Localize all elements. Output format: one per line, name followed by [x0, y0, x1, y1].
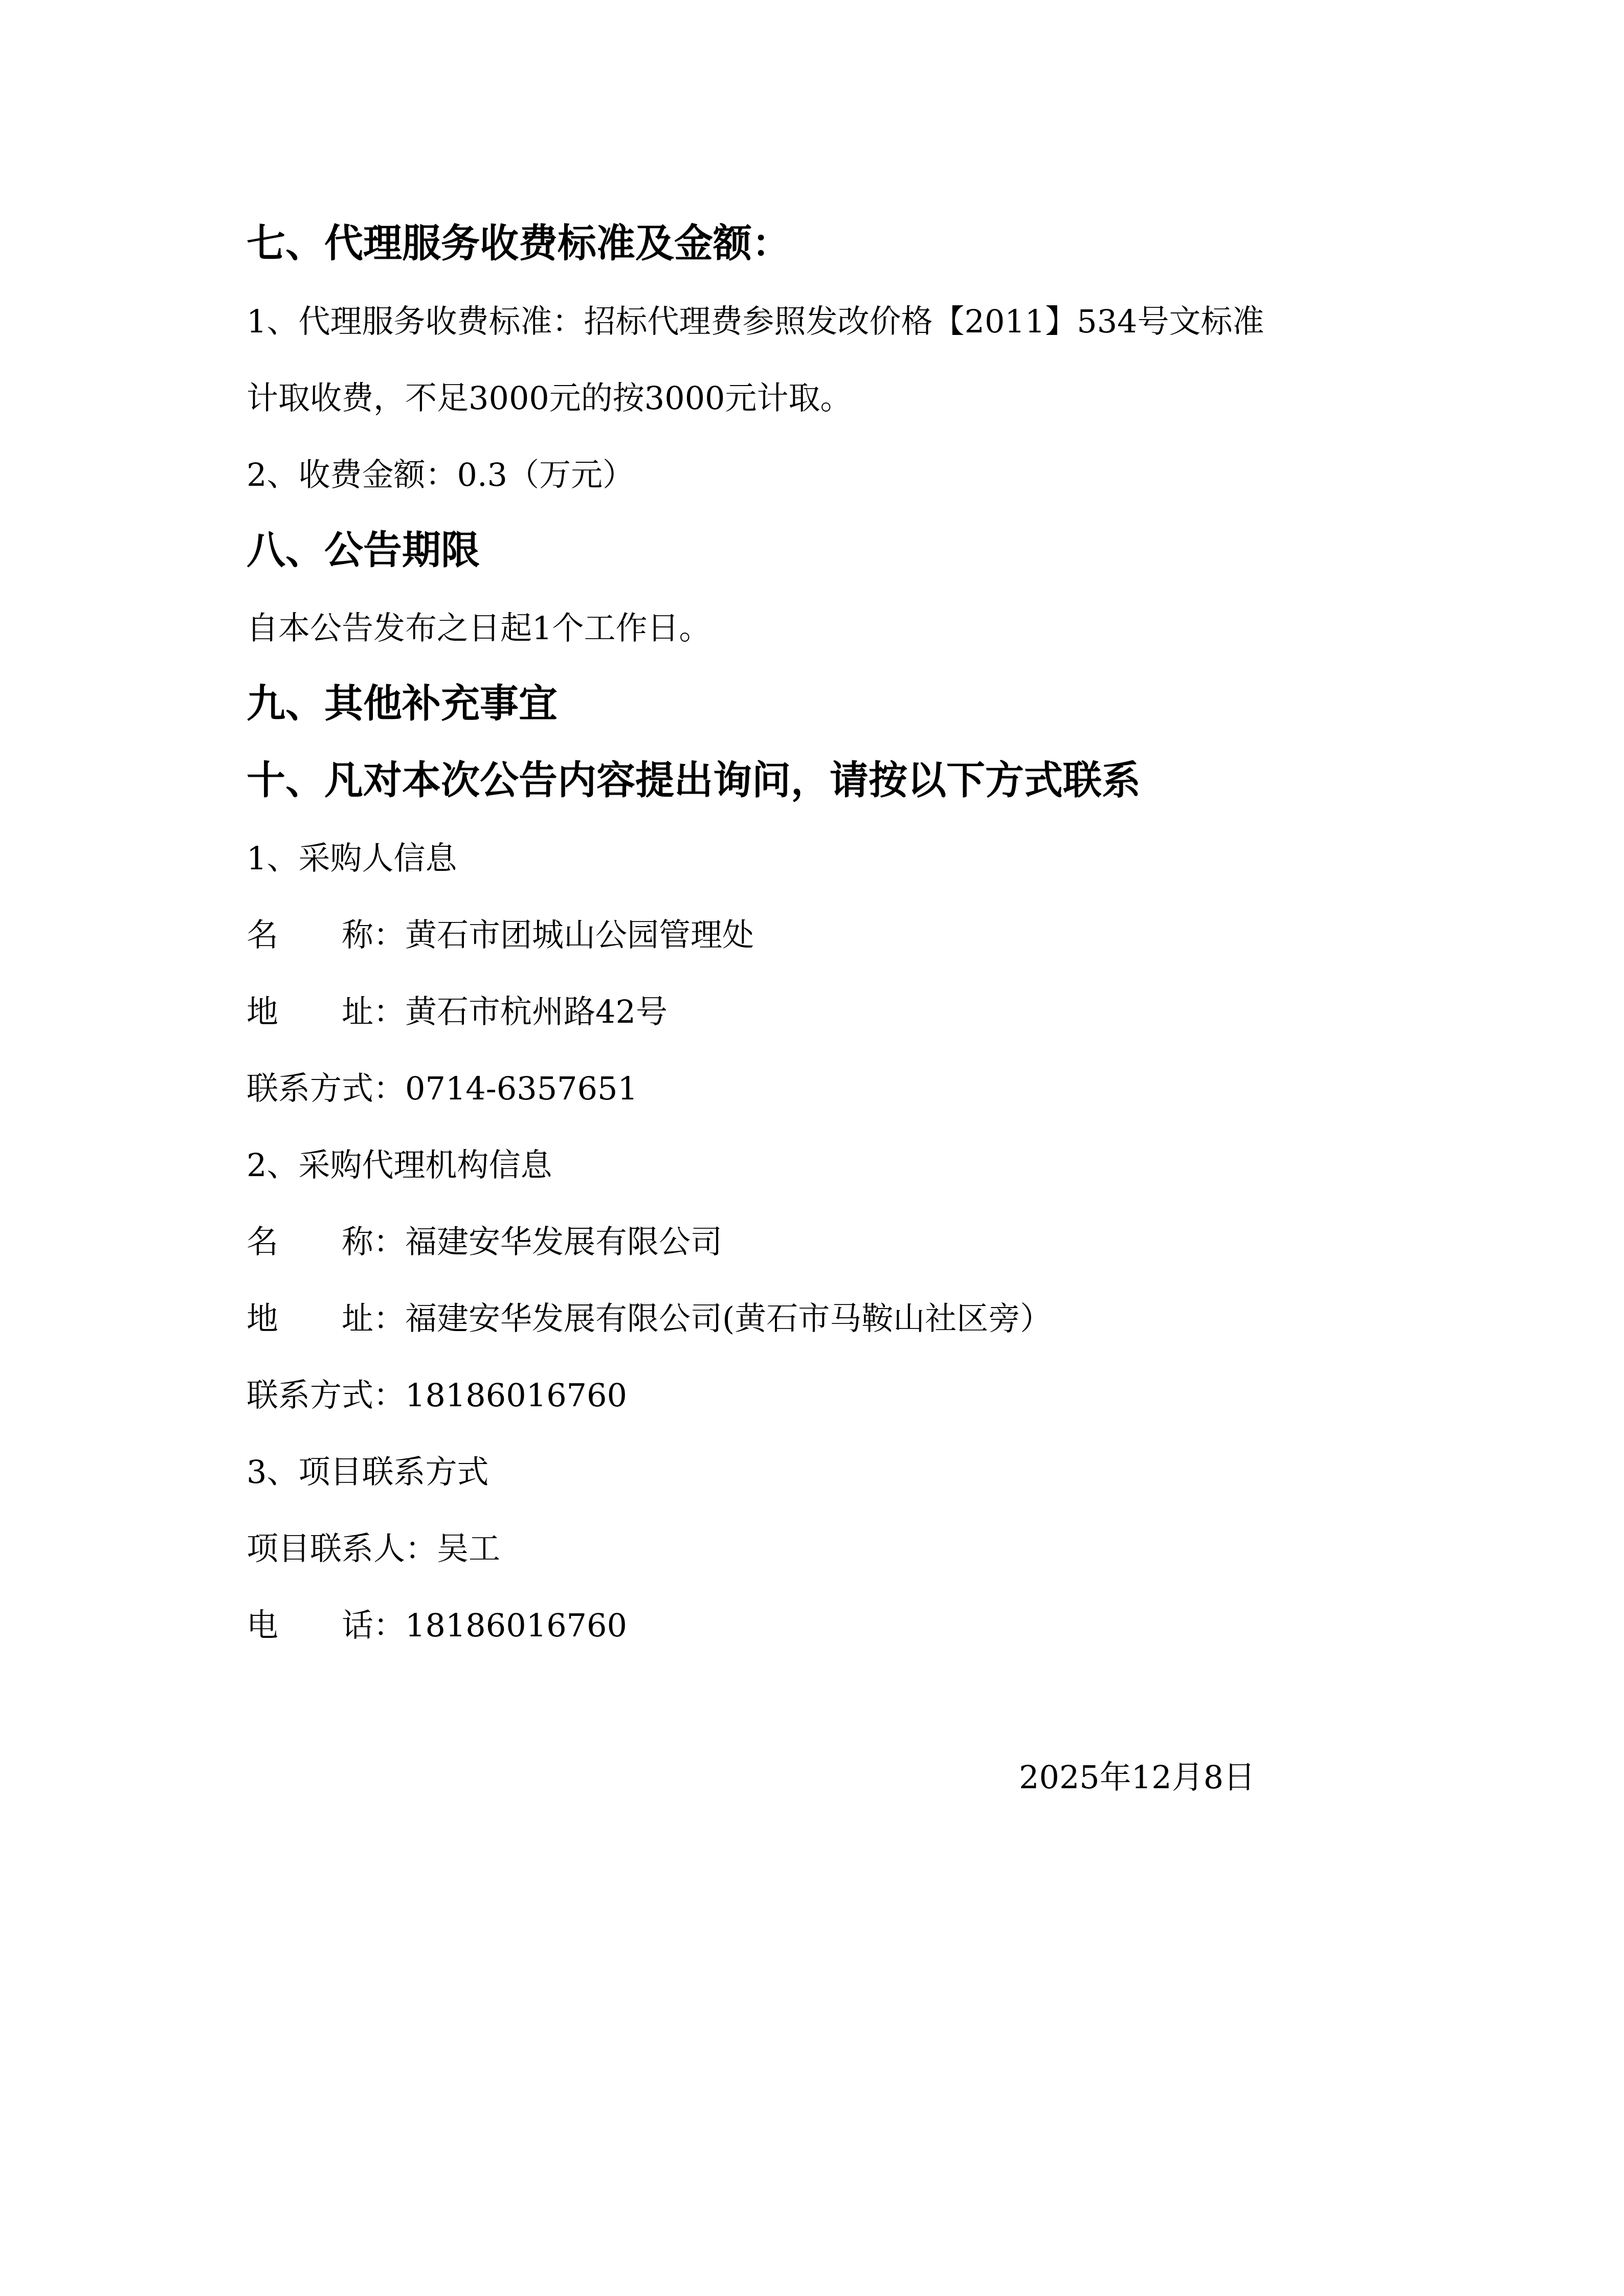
purchaser-address-row: 地址：黄石市杭州路42号: [247, 996, 668, 1028]
fee-standard-line1: 1、代理服务收费标准：招标代理费参照发改价格【2011】534号文标准: [247, 306, 1264, 337]
period-text: 自本公告发布之日起1个工作日。: [247, 613, 710, 644]
project-tel-label-b: 话：: [342, 1607, 405, 1644]
agency-phone: 18186016760: [405, 1377, 627, 1414]
contact-heading: 十、凡对本次公告内容提出询问，请按以下方式联系: [247, 761, 1141, 800]
project-tel-row: 电话：18186016760: [247, 1610, 627, 1641]
project-tel-label-a: 电: [247, 1610, 342, 1641]
purchaser-address: 黄石市杭州路42号: [405, 993, 668, 1030]
document-date: 2025年12月8日: [1019, 1762, 1255, 1793]
period-heading: 八、公告期限: [247, 531, 480, 570]
fee-standard-line2: 计取收费，不足3000元的按3000元计取。: [247, 382, 852, 414]
purchaser-addr-label-b: 址：: [342, 993, 405, 1030]
purchaser-addr-label-a: 地: [247, 996, 342, 1028]
purchaser-name: 黄石市团城山公园管理处: [405, 916, 754, 954]
agency-addr-label-b: 址：: [342, 1300, 405, 1337]
project-tel: 18186016760: [405, 1607, 627, 1644]
purchaser-phone: 0714-6357651: [405, 1070, 638, 1107]
agency-name: 福建安华发展有限公司: [405, 1223, 722, 1260]
purchaser-name-label-b: 称：: [342, 916, 405, 954]
project-person: 吴工: [437, 1530, 500, 1567]
project-title: 3、项目联系方式: [247, 1456, 488, 1488]
purchaser-name-label-a: 名: [247, 919, 342, 951]
agency-phone-label: 联系方式：: [247, 1377, 405, 1414]
other-heading: 九、其他补充事宜: [247, 684, 558, 723]
agency-addr-label-a: 地: [247, 1303, 342, 1335]
agency-address: 福建安华发展有限公司(黄石市马鞍山社区旁）: [405, 1300, 1052, 1337]
purchaser-phone-label: 联系方式：: [247, 1070, 405, 1107]
agency-name-label-a: 名: [247, 1226, 342, 1258]
fee-heading: 七、代理服务收费标准及金额：: [247, 224, 791, 263]
project-person-label: 项目联系人：: [247, 1530, 437, 1567]
project-person-row: 项目联系人：吴工: [247, 1533, 500, 1565]
agency-phone-row: 联系方式：18186016760: [247, 1380, 627, 1411]
purchaser-phone-row: 联系方式：0714-6357651: [247, 1073, 638, 1105]
agency-name-row: 名称：福建安华发展有限公司: [247, 1226, 722, 1258]
agency-name-label-b: 称：: [342, 1223, 405, 1260]
agency-address-row: 地址：福建安华发展有限公司(黄石市马鞍山社区旁）: [247, 1303, 1052, 1335]
purchaser-name-row: 名称：黄石市团城山公园管理处: [247, 919, 754, 951]
agency-title: 2、采购代理机构信息: [247, 1150, 552, 1181]
purchaser-title: 1、采购人信息: [247, 843, 457, 874]
fee-amount: 2、收费金额：0.3（万元）: [247, 459, 634, 491]
